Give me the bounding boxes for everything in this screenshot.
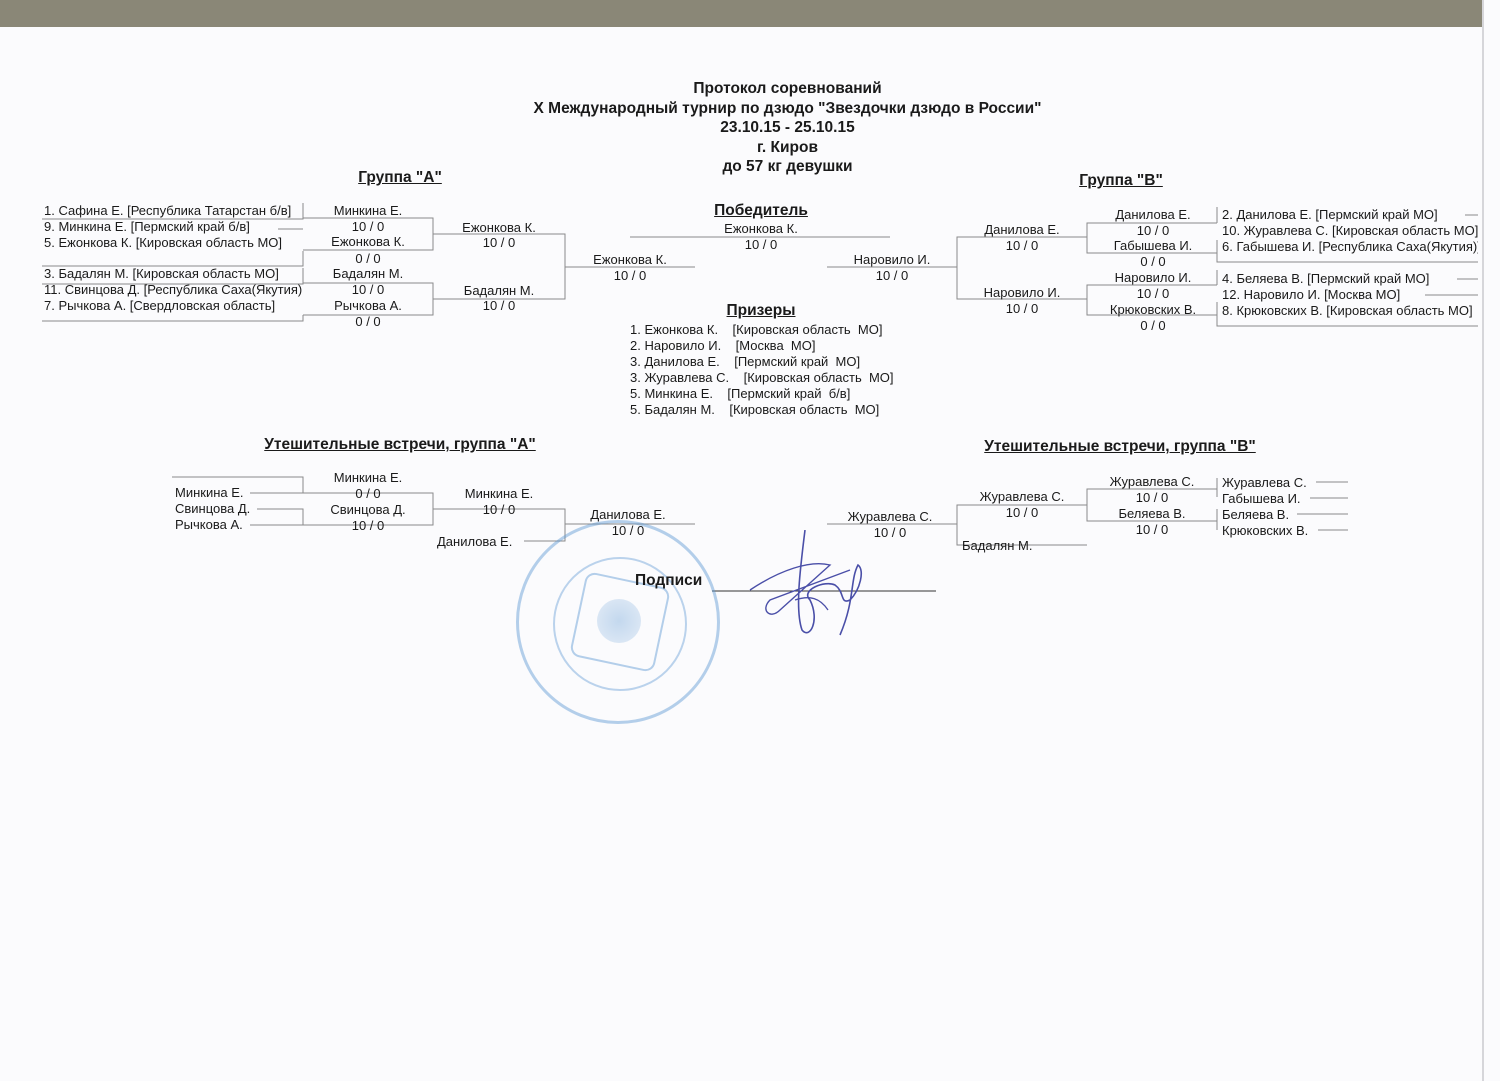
group-b-r1-score: 0 / 0 [1140, 318, 1165, 334]
consolation-b-entrant: Беляева В. [1222, 507, 1289, 523]
consolation-b-entrant: Крюковских В. [1222, 523, 1308, 539]
consolation-b-entrant: Журавлева С. [1222, 475, 1307, 491]
consolation-b-r1-name: Журавлева С. [1110, 474, 1195, 490]
consolation-b-entrant: Габышева И. [1222, 491, 1301, 507]
group-b-final-name: Наровило И. [854, 252, 931, 268]
consolation-a-r2-score: 10 / 0 [483, 502, 516, 518]
consolation-a-r2-name: Минкина Е. [465, 486, 534, 502]
group-a-r1-score: 0 / 0 [355, 251, 380, 267]
group-b-entrant: 8. Крюковских В. [Кировская область МО] [1222, 303, 1478, 319]
winner-title: Победитель [714, 203, 808, 219]
group-b-r1-score: 10 / 0 [1137, 286, 1170, 302]
group-b-entrant: 6. Габышева И. [Республика Саха(Якутия)] [1222, 239, 1478, 255]
group-b-r1-name: Крюковских В. [1110, 302, 1196, 318]
group-b-entrant: 2. Данилова Е. [Пермский край МО] [1222, 207, 1466, 223]
winner-score: 10 / 0 [745, 237, 778, 253]
group-b-entrant: 10. Журавлева С. [Кировская область МО] [1222, 223, 1478, 239]
group-b-r2-score: 10 / 0 [1006, 301, 1039, 317]
group-a-title: Группа "А" [358, 170, 442, 186]
consolation-a-final-name: Данилова Е. [590, 507, 665, 523]
group-a-r2-score: 10 / 0 [483, 235, 516, 251]
group-a-r1-score: 10 / 0 [352, 219, 385, 235]
group-a-r1-name: Минкина Е. [334, 203, 403, 219]
consolation-a-r1-score: 10 / 0 [352, 518, 385, 534]
group-b-r1-name: Данилова Е. [1115, 207, 1190, 223]
consolation-a-entrant: Свинцова Д. [175, 501, 250, 517]
group-b-entrant: 4. Беляева В. [Пермский край МО] [1222, 271, 1458, 287]
prize-item: 1. Ежонкова К. [Кировская область МО] [630, 322, 882, 338]
group-b-r1-name: Габышева И. [1114, 238, 1193, 254]
group-a-r1-name: Ежонкова К. [331, 234, 405, 250]
consolation-b-r1-score: 10 / 0 [1136, 490, 1169, 506]
group-b-r2-name: Наровило И. [984, 285, 1061, 301]
consolation-a-title: Утешительные встречи, группа "А" [264, 437, 536, 453]
winner-name: Ежонкова К. [724, 221, 798, 237]
group-a-r1-score: 0 / 0 [355, 314, 380, 330]
group-a-entrant: 7. Рычкова А. [Свердловская область] [44, 298, 302, 314]
group-a-entrant: 5. Ежонкова К. [Кировская область МО] [44, 235, 302, 251]
prize-item: 2. Наровило И. [Москва МО] [630, 338, 815, 354]
group-b-r1-name: Наровило И. [1115, 270, 1192, 286]
group-b-r2-score: 10 / 0 [1006, 238, 1039, 254]
prize-item: 5. Бадалян М. [Кировская область МО] [630, 402, 879, 418]
consolation-a-r1-score: 0 / 0 [355, 486, 380, 502]
group-a-entrant: 11. Свинцова Д. [Республика Саха(Якутия)… [44, 282, 302, 298]
signature-scribble [740, 530, 900, 660]
consolation-a-entrant: Минкина Е. [175, 485, 244, 501]
group-a-r2-score: 10 / 0 [483, 298, 516, 314]
group-a-entrant: 9. Минкина Е. [Пермский край б/в] [44, 219, 278, 235]
consolation-b-late-entrant: Бадалян М. [962, 538, 1032, 554]
consolation-b-final-score: 10 / 0 [874, 525, 907, 541]
organization-stamp [516, 520, 720, 724]
prize-item: 3. Данилова Е. [Пермский край МО] [630, 354, 860, 370]
group-a-final-score: 10 / 0 [614, 268, 647, 284]
group-b-r1-score: 10 / 0 [1137, 223, 1170, 239]
consolation-b-r1-name: Беляева В. [1118, 506, 1185, 522]
group-a-r2-name: Ежонкова К. [462, 220, 536, 236]
stamp-emblem-icon [597, 599, 641, 643]
group-b-final-score: 10 / 0 [876, 268, 909, 284]
prize-item: 3. Журавлева С. [Кировская область МО] [630, 370, 894, 386]
group-a-r2-name: Бадалян М. [464, 283, 534, 299]
signature-label: Подписи [635, 573, 702, 589]
consolation-a-r1-name: Минкина Е. [334, 470, 403, 486]
consolation-b-title: Утешительные встречи, группа "В" [984, 439, 1256, 455]
consolation-b-final-name: Журавлева С. [848, 509, 933, 525]
prizes-title: Призеры [727, 303, 796, 319]
group-a-r1-name: Бадалян М. [333, 266, 403, 282]
consolation-b-r2-score: 10 / 0 [1006, 505, 1039, 521]
consolation-b-r2-name: Журавлева С. [980, 489, 1065, 505]
group-b-r2-name: Данилова Е. [984, 222, 1059, 238]
consolation-b-r1-score: 10 / 0 [1136, 522, 1169, 538]
consolation-a-final-score: 10 / 0 [612, 523, 645, 539]
prize-item: 5. Минкина Е. [Пермский край б/в] [630, 386, 850, 402]
consolation-a-late-entrant: Данилова Е. [437, 534, 512, 550]
group-a-r1-name: Рычкова А. [334, 298, 402, 314]
group-b-title: Группа "В" [1079, 173, 1163, 189]
group-a-final-name: Ежонкова К. [593, 252, 667, 268]
group-b-r1-score: 0 / 0 [1140, 254, 1165, 270]
group-a-entrant: 3. Бадалян М. [Кировская область МО] [44, 266, 302, 282]
consolation-a-entrant: Рычкова А. [175, 517, 243, 533]
consolation-a-r1-name: Свинцова Д. [330, 502, 405, 518]
group-a-r1-score: 10 / 0 [352, 282, 385, 298]
group-b-entrant: 12. Наровило И. [Москва МО] [1222, 287, 1426, 303]
group-a-entrant: 1. Сафина Е. [Республика Татарстан б/в] [44, 203, 302, 219]
